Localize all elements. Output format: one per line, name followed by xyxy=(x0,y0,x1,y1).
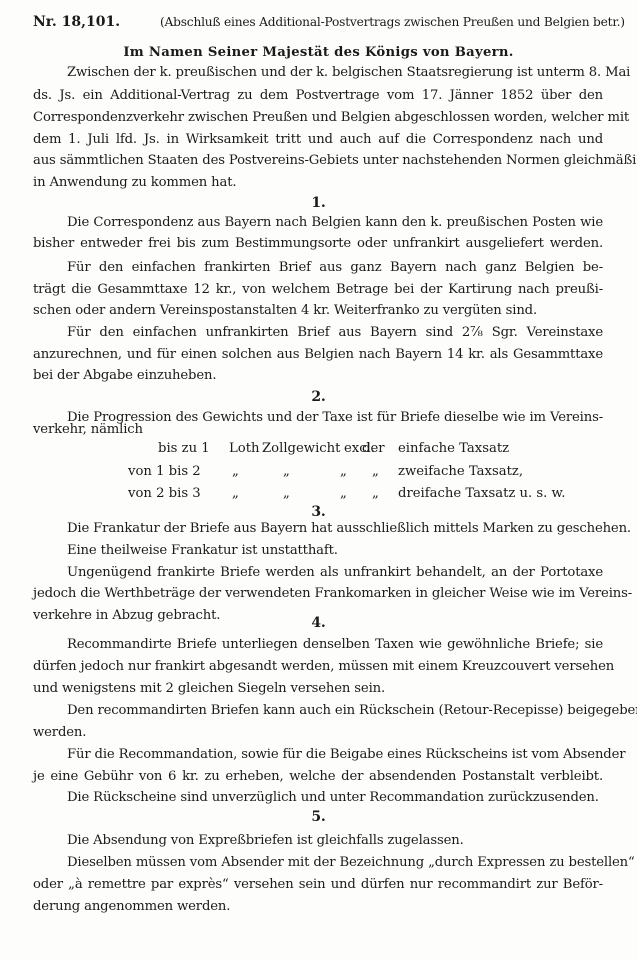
section-line: und wenigstens mit 2 gleichen Siegeln ve… xyxy=(33,680,603,698)
preamble-line: dem 1. Juli lfd. Js. in Wirksamkeit trit… xyxy=(33,131,603,149)
rate-cell: zweifache Taxsatz, xyxy=(398,463,523,481)
article-cell: „ xyxy=(372,463,379,481)
document-number: Nr. 18,101. xyxy=(33,14,120,30)
section-number: 1. xyxy=(0,194,637,212)
section-line: Die Frankatur der Briefe aus Bayern hat … xyxy=(67,520,603,538)
section-line: jedoch die Werthbeträge der verwendeten … xyxy=(33,585,603,603)
section-number: 3. xyxy=(0,503,637,521)
preamble-line: aus sämmtlichen Staaten des Postvereins-… xyxy=(33,152,603,170)
article-cell: „ xyxy=(372,485,379,503)
section-line: dürfen jedoch nur frankirt abgesandt wer… xyxy=(33,658,603,676)
unit-cell: „ xyxy=(232,485,239,503)
document-subject: (Abschluß eines Additional-Postvertrags … xyxy=(160,15,604,29)
section-line: Recommandirte Briefe unterliegen denselb… xyxy=(67,636,603,654)
section-number: 4. xyxy=(0,614,637,632)
section-line: schen oder andern Vereinspostanstalten 4… xyxy=(33,302,603,320)
range-cell: bis zu 1 xyxy=(158,440,210,458)
range-cell: von 1 bis 2 xyxy=(128,463,201,481)
section-line: Die Rückscheine sind unverzüglich und un… xyxy=(67,789,603,807)
rate-cell: einfache Taxsatz xyxy=(398,440,509,458)
section-line: je eine Gebühr von 6 kr. zu erheben, wel… xyxy=(33,768,603,786)
section-line: oder „à remettre par exprès“ versehen se… xyxy=(33,876,603,894)
section-line: Eine theilweise Frankatur ist unstatthaf… xyxy=(67,542,603,560)
preamble-line: Zwischen der k. preußischen und der k. b… xyxy=(67,64,603,82)
section-number: 5. xyxy=(0,808,637,826)
section-line: anzurechnen, und für einen solchen aus B… xyxy=(33,346,603,364)
section-line: derung angenommen werden. xyxy=(33,898,603,916)
section-line: bisher entweder frei bis zum Bestimmungs… xyxy=(33,235,603,253)
section-line: Den recommandirten Briefen kann auch ein… xyxy=(67,702,603,720)
preamble-line: in Anwendung zu kommen hat. xyxy=(33,174,603,192)
section-line: Für den einfachen frankirten Brief aus g… xyxy=(67,259,603,277)
weight-cell: „ xyxy=(283,463,290,481)
section-line: Die Absendung von Expreßbriefen ist glei… xyxy=(67,832,603,850)
weight-cell: Zollgewicht xyxy=(262,440,340,458)
article-cell: der xyxy=(362,440,385,458)
rate-cell: dreifache Taxsatz u. s. w. xyxy=(398,485,565,503)
section-line: Dieselben müssen vom Absender mit der Be… xyxy=(67,854,603,872)
section-line: bei der Abgabe einzuheben. xyxy=(33,367,603,385)
section-line: Die Correspondenz aus Bayern nach Belgie… xyxy=(67,214,603,232)
section-line: Ungenügend frankirte Briefe werden als u… xyxy=(67,564,603,582)
excl-cell: „ xyxy=(340,463,347,481)
excl-cell: „ xyxy=(340,485,347,503)
unit-cell: „ xyxy=(232,463,239,481)
preamble-line: Correspondenzverkehr zwischen Preußen un… xyxy=(33,109,603,127)
section-line: Für die Recommandation, sowie für die Be… xyxy=(67,746,603,764)
unit-cell: Loth xyxy=(229,440,260,458)
range-cell: von 2 bis 3 xyxy=(128,485,201,503)
preamble-line: ds. Js. ein Additional-Vertrag zu dem Po… xyxy=(33,87,603,105)
section-line: Für den einfachen unfrankirten Brief aus… xyxy=(67,324,603,342)
invocation-heading: Im Namen Seiner Majestät des Königs von … xyxy=(0,44,637,62)
section-number: 2. xyxy=(0,388,637,406)
section-line: werden. xyxy=(33,724,603,742)
weight-cell: „ xyxy=(283,485,290,503)
section-line: trägt die Gesammttaxe 12 kr., von welche… xyxy=(33,281,603,299)
section-line: verkehr, nämlich xyxy=(33,421,603,439)
